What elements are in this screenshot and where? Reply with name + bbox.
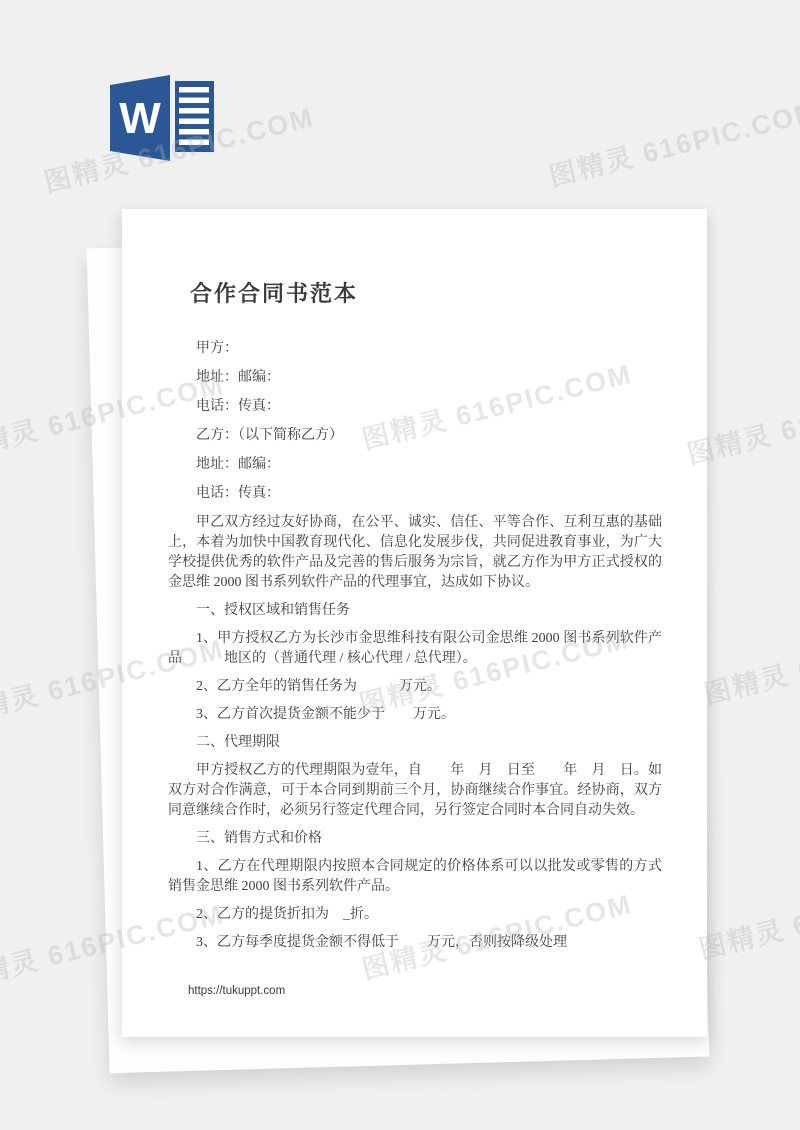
- section-1-item-1: 1、甲方授权乙方为长沙市金思维科技有限公司金思维 2000 图书系列软件产品 地…: [168, 629, 662, 669]
- section-1-item-3: 3、乙方首次提货金额不能少于 万元。: [168, 705, 662, 725]
- preamble-paragraph: 甲乙双方经过友好协商，在公平、诚实、信任、平等合作、互利互惠的基础上，本着为加快…: [168, 513, 662, 593]
- section-1-heading: 一、授权区域和销售任务: [168, 601, 662, 621]
- document-page: 合作合同书范本 甲方：地址：邮编：电话：传真：乙方：（以下简称乙方）地址：邮编：…: [122, 209, 707, 1037]
- watermark-text: 图精灵 616PIC.COM: [694, 862, 800, 967]
- section-1-item-2: 2、乙方全年的销售任务为 万元。: [168, 677, 662, 697]
- word-file-icon: W: [108, 72, 216, 164]
- watermark-text: 图精灵 616PIC.COM: [544, 89, 800, 194]
- document-body: 甲方：地址：邮编：电话：传真：乙方：（以下简称乙方）地址：邮编：电话：传真：甲乙…: [168, 339, 662, 953]
- section-3-item-3: 3、乙方每季度提货金额不得低于 万元，否则按降级处理: [168, 933, 662, 953]
- party-b-address-line: 地址：邮编：: [168, 455, 662, 475]
- section-3-item-1: 1、乙方在代理期限内按照本合同规定的价格体系可以以批发或零售的方式销售金思维 2…: [168, 857, 662, 897]
- party-a-address-line: 地址：邮编：: [168, 368, 662, 388]
- section-2-paragraph: 甲方授权乙方的代理期限为壹年，自 年 月 日至 年 月 日。如双方对合作满意，可…: [168, 761, 662, 821]
- word-icon-letter: W: [119, 94, 161, 143]
- party-b-phone-line: 电话：传真：: [168, 484, 662, 504]
- section-2-heading: 二、代理期限: [168, 733, 662, 753]
- section-3-heading: 三、销售方式和价格: [168, 829, 662, 849]
- document-title: 合作合同书范本: [190, 279, 662, 309]
- page-stage: W 合作合同书范本 甲方：地址：邮编：电话：传真：乙方：（以下简称乙方）地址：邮…: [0, 0, 800, 1130]
- section-3-item-2: 2、乙方的提货折扣为 _折。: [168, 905, 662, 925]
- word-icon-graphic: W: [108, 72, 216, 164]
- watermark-text: 图精灵 616PIC.COM: [699, 607, 800, 712]
- footer-url: https://tukuppt.com: [188, 985, 285, 997]
- party-a-line: 甲方：: [168, 339, 662, 359]
- party-a-phone-line: 电话：传真：: [168, 397, 662, 417]
- party-b-line: 乙方：（以下简称乙方）: [168, 426, 662, 446]
